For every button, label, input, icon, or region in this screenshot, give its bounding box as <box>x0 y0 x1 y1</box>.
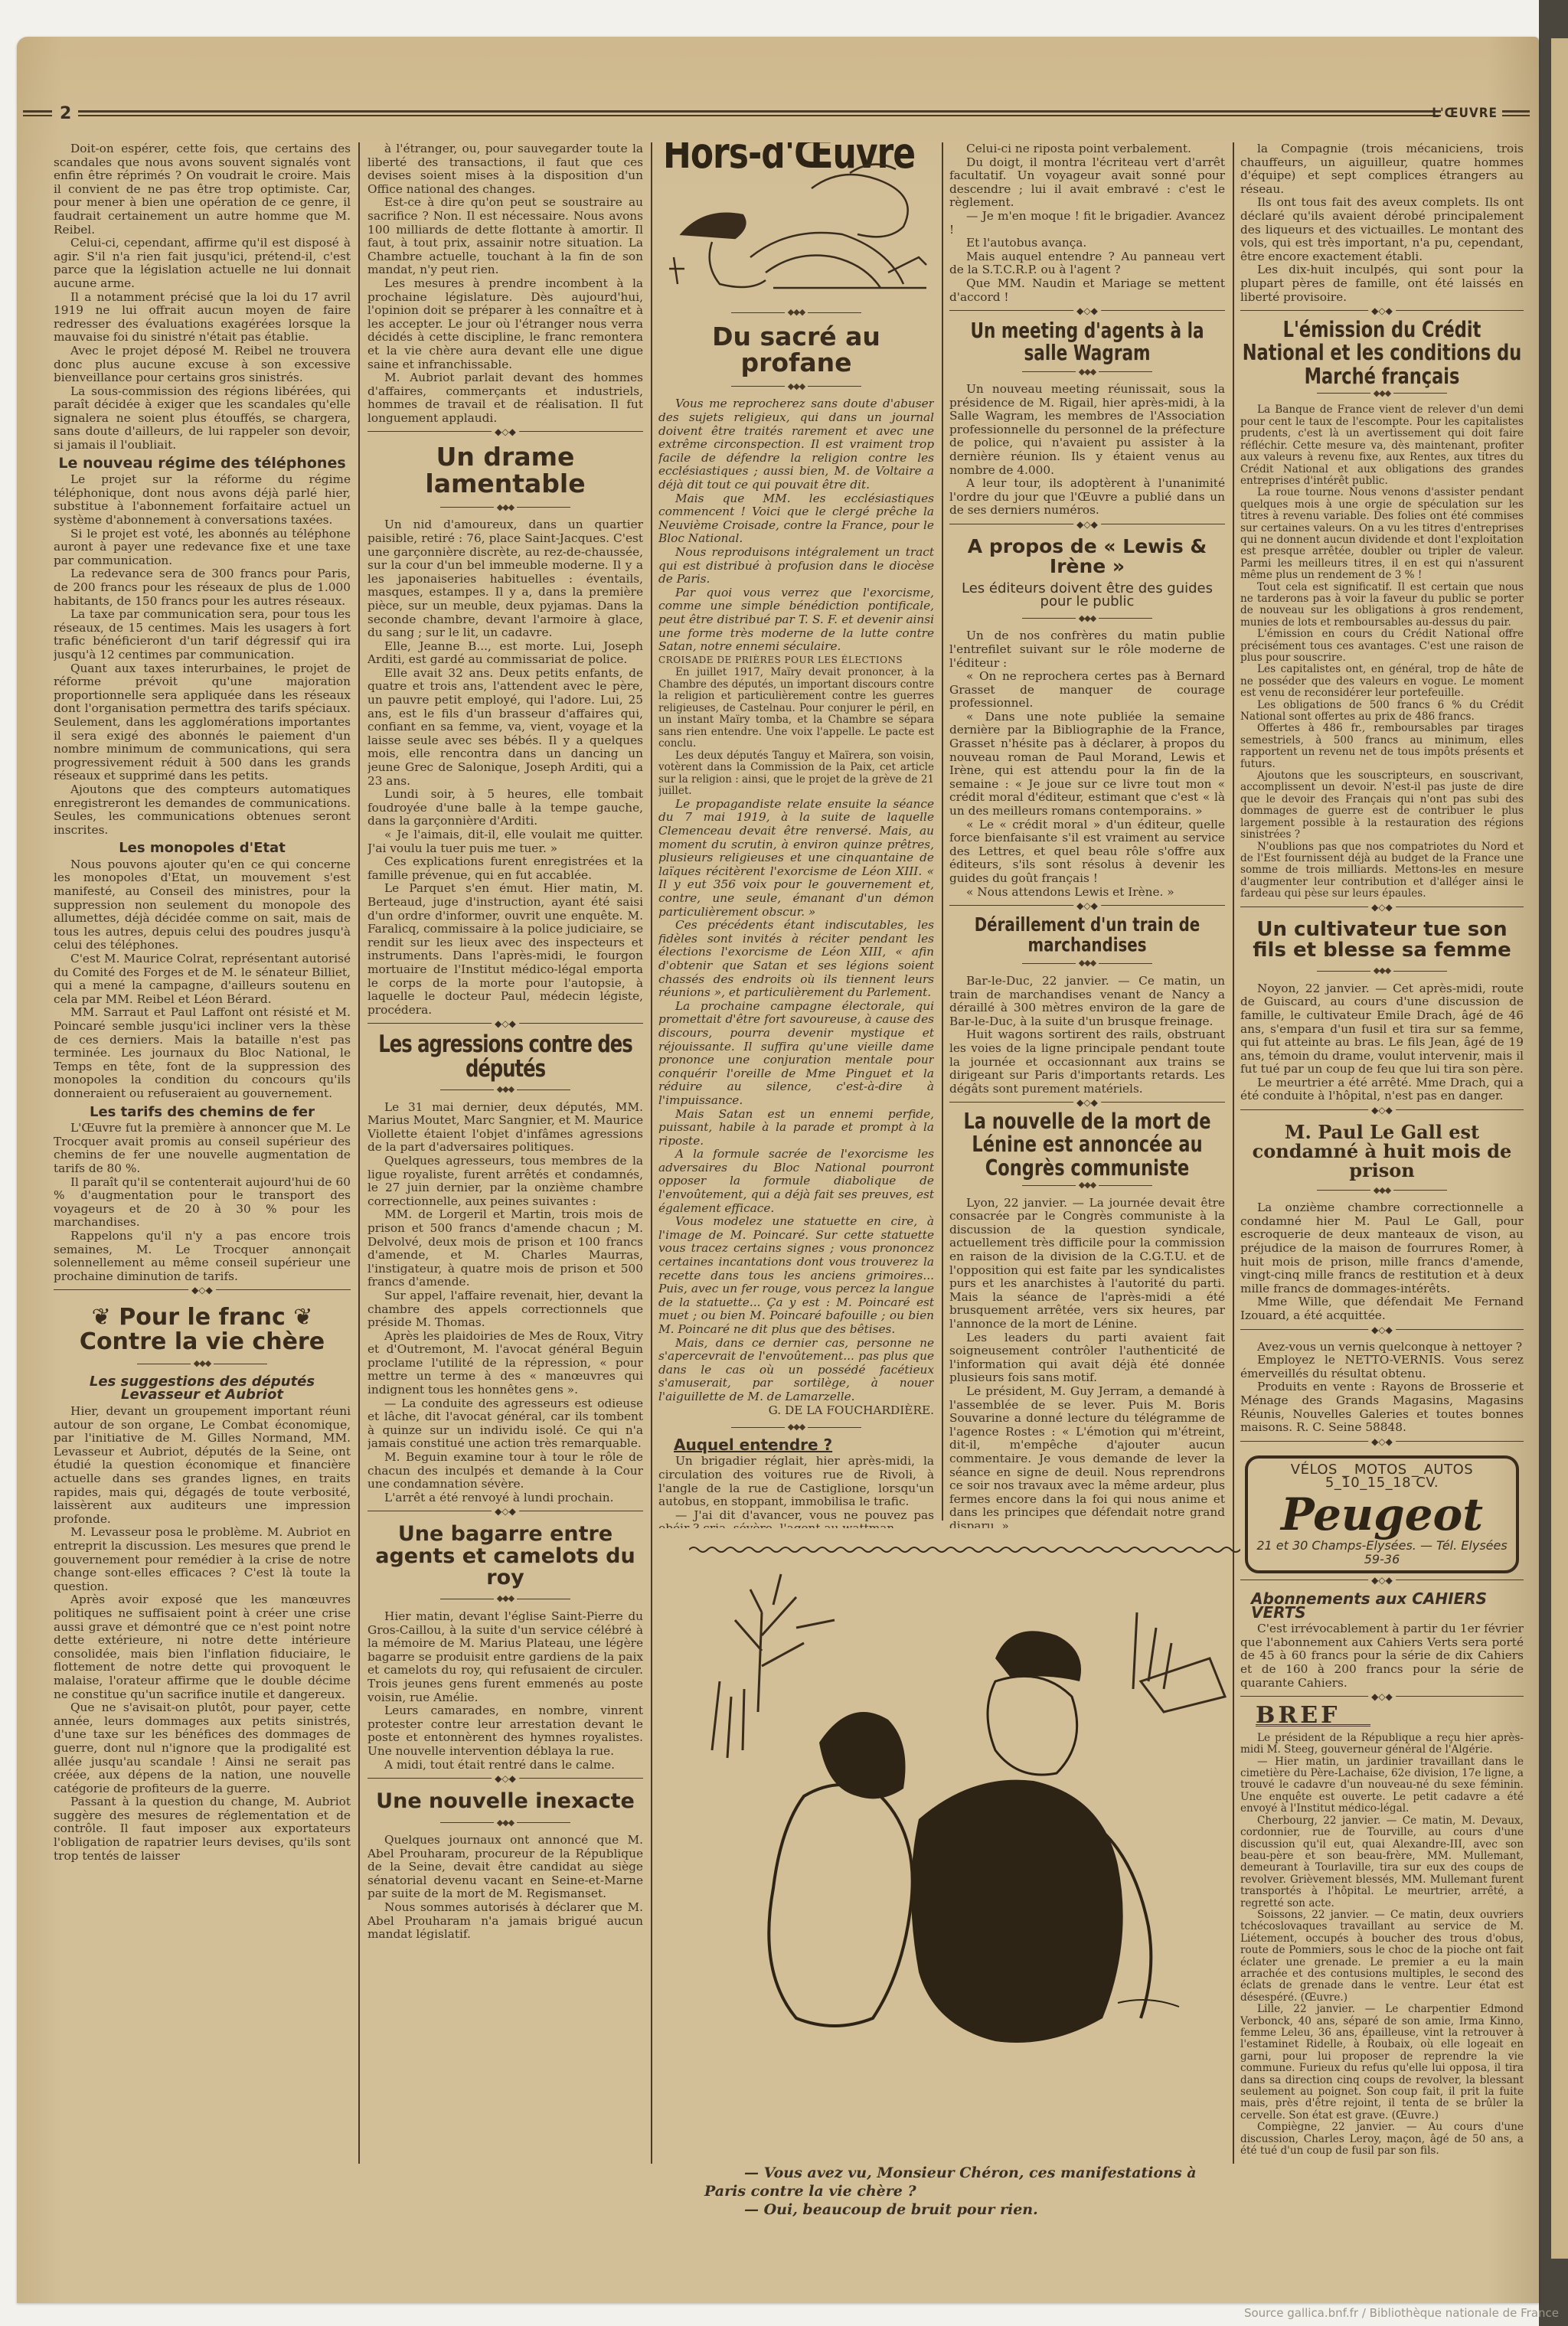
paragraph: M. Beguin examine tour à tour le rôle de… <box>367 1451 643 1491</box>
ornament: ◆◆◆ <box>949 956 1225 970</box>
paragraph: « Nous attendons Lewis et Irène. » <box>949 886 1225 900</box>
column-divider <box>651 142 652 2164</box>
paragraph: Les capitalistes ont, en général, trop d… <box>1240 664 1524 699</box>
paragraph: Ils ont tous fait des aveux complets. Il… <box>1240 196 1524 263</box>
subheading: Abonnements aux CAHIERS VERTS <box>1251 1593 1524 1619</box>
subheadline: Les éditeurs doivent être des guides pou… <box>949 582 1225 609</box>
paragraph: L'Œuvre fut la première à annoncer que M… <box>54 1122 351 1175</box>
paragraph: Les deux députés Tanguy et Maïrera, son … <box>658 750 934 798</box>
paragraph: Nous sommes autorisés à déclarer que M. … <box>367 1901 643 1942</box>
paragraph: Les mesures à prendre incombent à la pro… <box>367 277 643 371</box>
paragraph: Ces explications furent enregistrées et … <box>367 855 643 882</box>
paragraph: Mais Satan est un ennemi perfide, puissa… <box>658 1108 934 1148</box>
ornament: ◆◆◆ <box>54 1357 351 1370</box>
ornament: ◆◆◆ <box>367 1816 643 1830</box>
caricature-illustration-icon <box>658 142 934 299</box>
paragraph: « Le « crédit moral » d'un éditeur, quel… <box>949 818 1225 886</box>
ornament: ◆◆◆ <box>658 305 934 319</box>
ornamental-rule: ◆◇◆ <box>949 310 1225 319</box>
ornamental-rule: ◆◇◆ <box>54 1289 351 1298</box>
column-3: Hors-d'Œuvre ◆◆◆ Du sacré au profane ◆◆◆ <box>658 142 934 1528</box>
paragraph: « Je l'aimais, dit-il, elle voulait me q… <box>367 828 643 855</box>
paragraph: Le Parquet s'en émut. Hier matin, M. Ber… <box>367 882 643 1017</box>
paragraph: La Banque de France vient de relever d'u… <box>1240 404 1524 487</box>
ornament: ◆◆◆ <box>367 1083 643 1096</box>
paragraph: Avez-vous un vernis quelconque à nettoye… <box>1240 1341 1524 1354</box>
headline: Un drame lamentable <box>367 444 643 497</box>
paragraph: — Hier matin, un jardinier travaillant d… <box>1240 1756 1524 1815</box>
paragraph: Mais auquel entendre ? Au panneau vert d… <box>949 250 1225 277</box>
paragraph: La onzième chambre correctionnelle a con… <box>1240 1201 1524 1295</box>
headline: Déraillement d'un train de marchandises <box>949 916 1225 956</box>
hors-doeuvre-logo: Hors-d'Œuvre <box>658 142 934 299</box>
paragraph: Mais, dans ce dernier cas, personne ne s… <box>658 1337 934 1404</box>
column-1: Doit-on espérer, cette fois, que certain… <box>54 142 351 2164</box>
paragraph: Noyon, 22 janvier. — Cet après-midi, rou… <box>1240 982 1524 1076</box>
page-header: 2 L'ŒUVRE <box>23 104 1530 127</box>
ornamental-rule: ◆◇◆ <box>1240 1696 1524 1704</box>
caption-line: — Oui, beaucoup de bruit pour rien. <box>704 2200 1233 2219</box>
ornamental-rule: ◆◇◆ <box>367 1511 643 1519</box>
paragraph: Le président de la République a reçu hie… <box>1240 1733 1524 1756</box>
ad-tagline: VÉLOS _ MOTOS _ AUTOS 5_10_15_18 CV. <box>1254 1463 1510 1490</box>
paragraph: Leurs camarades, en nombre, vinrent prot… <box>367 1704 643 1758</box>
headline: A propos de « Lewis & Irène » <box>949 537 1225 577</box>
paragraph: Que MM. Naudin et Mariage se mettent d'a… <box>949 277 1225 304</box>
paragraph: Compiègne, 22 janvier. — Au cours d'une … <box>1240 2122 1524 2157</box>
column-divider <box>942 142 943 1521</box>
paragraph: la Compagnie (trois mécaniciens, trois c… <box>1240 142 1524 196</box>
ornamental-rule: ◆◇◆ <box>1240 1329 1524 1338</box>
ornamental-rule: ◆◇◆ <box>1240 907 1524 915</box>
ornamental-rule: ◆◇◆ <box>1240 1441 1524 1449</box>
paragraph: A leur tour, ils adoptèrent à l'unanimit… <box>949 477 1225 518</box>
paragraph: L'émission en cours du Crédit National o… <box>1240 629 1524 664</box>
paragraph: Huit wagons sortirent des rails, obstrua… <box>949 1028 1225 1096</box>
column-5: la Compagnie (trois mécaniciens, trois c… <box>1240 142 1524 2164</box>
headline: Les agressions contre des députés <box>367 1033 643 1083</box>
newspaper-page: 2 L'ŒUVRE Doit-on espérer, cette fois, q… <box>17 37 1539 2303</box>
paragraph: N'oublions pas que nos compatriotes du N… <box>1240 841 1524 900</box>
paragraph: « On ne reprochera certes pas à Bernard … <box>949 670 1225 711</box>
paragraph: Après les plaidoiries de Mes de Roux, Vi… <box>367 1330 643 1397</box>
paragraph: M. Aubriot parlait devant des hommes d'a… <box>367 371 643 425</box>
paragraph: Les obligations de 500 francs 6 % du Cré… <box>1240 700 1524 724</box>
netto-vernis-ad: Avez-vous un vernis quelconque à nettoye… <box>1240 1341 1524 1435</box>
subheading: Les tarifs des chemins de fer <box>54 1106 351 1119</box>
headline: Une bagarre entre agents et camelots du … <box>367 1524 643 1589</box>
paragraph: Bar-le-Duc, 22 janvier. — Ce matin, un t… <box>949 975 1225 1028</box>
paragraph: Par quoi vous verrez que l'exorcisme, co… <box>658 586 934 654</box>
paragraph: Sur appel, l'affaire revenait, hier, dev… <box>367 1289 643 1330</box>
ad-address: 21 et 30 Champs-Elysées. — Tél. Elysées … <box>1254 1539 1510 1566</box>
paragraph: L'arrêt a été renvoyé à lundi prochain. <box>367 1491 643 1505</box>
newspaper-name: L'ŒUVRE <box>1432 106 1498 121</box>
column-2: à l'étranger, ou, pour sauvegarder toute… <box>367 142 643 2164</box>
ornamental-rule: ◆◇◆ <box>949 524 1225 532</box>
paragraph: Nous pouvons ajouter qu'en ce qui concer… <box>54 858 351 952</box>
paragraph: Est-ce à dire qu'on peut se soustraire a… <box>367 196 643 277</box>
cartoon-illustration <box>689 1544 1240 2125</box>
paragraph: Employez le NETTO-VERNIS. Vous serez éme… <box>1240 1354 1524 1380</box>
cartoon-caption: — Vous avez vu, Monsieur Chéron, ces man… <box>704 2164 1233 2219</box>
leaf-ornament-icon: ❦ <box>286 1304 313 1331</box>
paragraph: Ces précédents étant indiscutables, les … <box>658 919 934 1000</box>
paragraph: Hier, devant un groupement important réu… <box>54 1405 351 1526</box>
cartoon-drawing-icon <box>689 1544 1240 2125</box>
paragraph: La redevance sera de 300 francs pour Par… <box>54 567 351 608</box>
paragraph: Vous me reprocherez sans doute d'abuser … <box>658 397 934 492</box>
paragraph: Rappelons qu'il n'y a pas encore trois s… <box>54 1230 351 1283</box>
paragraph: Elle, Jeanne B..., est morte. Lui, Josep… <box>367 640 643 667</box>
paragraph: Soissons, 22 janvier. — Ce matin, deux o… <box>1240 1909 1524 2004</box>
ornament: ◆◆◆ <box>949 365 1225 379</box>
paragraph: A la formule sacrée de l'exorcisme les a… <box>658 1148 934 1215</box>
paragraph: Les leaders du parti avaient fait soigne… <box>949 1331 1225 1385</box>
header-rule <box>1502 110 1530 116</box>
leaf-ornament-icon: ❦ <box>92 1304 119 1331</box>
paragraph: Le propagandiste relate ensuite la séanc… <box>658 798 934 919</box>
paragraph: Vous modelez une statuette en cire, à l'… <box>658 1215 934 1336</box>
paragraph: Quant aux taxes interurbaines, le projet… <box>54 662 351 783</box>
paragraph: Celui-ci ne riposta point verbalement. <box>949 142 1225 156</box>
headline: Du sacré au profane <box>658 324 934 377</box>
paragraph: MM. Sarraut et Paul Laffont ont résisté … <box>54 1006 351 1100</box>
column-divider <box>358 142 360 2164</box>
paragraph: Le projet sur la réforme du régime télép… <box>54 473 351 527</box>
paragraph: Un brigadier réglait, hier après-midi, l… <box>658 1455 934 1508</box>
ornamental-rule: ◆◇◆ <box>1240 1580 1524 1588</box>
paragraph: Tout cela est significatif. Il est certa… <box>1240 582 1524 629</box>
ornament: ◆◆◆ <box>949 1178 1225 1192</box>
page-number: 2 <box>60 104 71 123</box>
paragraph: La taxe par communication sera, pour tou… <box>54 608 351 662</box>
paragraph: Avec le projet déposé M. Reibel ne trouv… <box>54 345 351 385</box>
paragraph: La roue tourne. Nous venons d'assister p… <box>1240 487 1524 581</box>
ornament: ◆◆◆ <box>367 1592 643 1606</box>
header-rule <box>78 110 1441 116</box>
headline: La nouvelle de la mort de Lénine est ann… <box>949 1110 1225 1180</box>
paragraph: Elle avait 32 ans. Deux petits enfants, … <box>367 667 643 788</box>
paragraph: « Dans une note publiée la semaine derni… <box>949 711 1225 818</box>
paragraph: Il paraît qu'il se contenterait aujourd'… <box>54 1176 351 1230</box>
paragraph: Ajoutons que des compteurs automatiques … <box>54 783 351 837</box>
headline: L'émission du Crédit National et les con… <box>1240 319 1524 388</box>
paragraph: Un nid d'amoureux, dans un quartier pais… <box>367 518 643 639</box>
paragraph: C'est irrévocablement à partir du 1er fé… <box>1240 1622 1524 1690</box>
subheading: Le nouveau régime des téléphones <box>54 457 351 471</box>
ornament: ◆◆◆ <box>1240 1184 1524 1197</box>
paragraph: Un de nos confrères du matin publie l'en… <box>949 629 1225 670</box>
paragraph: A midi, tout était rentré dans le calme. <box>367 1759 643 1772</box>
paragraph: Le meurtrier a été arrêté. Mme Drach, qu… <box>1240 1076 1524 1103</box>
headline: Un cultivateur tue son fils et blesse sa… <box>1240 920 1524 962</box>
ad-brand-logo: Peugeot <box>1254 1490 1510 1539</box>
paragraph: Ajoutons que les souscripteurs, en sousc… <box>1240 770 1524 841</box>
paragraph: Celui-ci, cependant, affirme qu'il est d… <box>54 237 351 290</box>
ornament: ◆◆◆ <box>367 501 643 515</box>
ornament: ◆◆◆ <box>1240 964 1524 978</box>
paragraph: Le président, M. Guy Jerram, a demandé à… <box>949 1385 1225 1528</box>
paragraph: MM. de Lorgeril et Martin, trois mois de… <box>367 1208 643 1289</box>
paragraph: En juillet 1917, Maïry devait prononcer,… <box>658 667 934 750</box>
paragraph: La sous-commission des régions libérées,… <box>54 385 351 452</box>
section-title: BREF <box>1256 1709 1524 1723</box>
paragraph: M. Levasseur posa le problème. M. Aubrio… <box>54 1526 351 1593</box>
paragraph: à l'étranger, ou, pour sauvegarder toute… <box>367 142 643 196</box>
ornamental-rule: ◆◇◆ <box>949 905 1225 913</box>
author-signature: G. DE LA FOUCHARDIÈRE. <box>658 1404 934 1418</box>
paragraph: Hier matin, devant l'église Saint-Pierre… <box>367 1610 643 1704</box>
paragraph: Le 31 mai dernier, deux députés, MM. Mar… <box>367 1101 643 1155</box>
paragraph: Si le projet est voté, les abonnés au té… <box>54 528 351 568</box>
paragraph: Les dix-huit inculpés, qui sont pour la … <box>1240 263 1524 304</box>
paragraph: Un nouveau meeting réunissait, sous la p… <box>949 383 1225 477</box>
paragraph: Mme Wille, que défendait Me Fernand Izou… <box>1240 1295 1524 1322</box>
paragraph: Quelques agresseurs, tous membres de la … <box>367 1155 643 1208</box>
paragraph: Lundi soir, à 5 heures, elle tombait fou… <box>367 788 643 828</box>
subheadline: Les suggestions des députés Levasseur et… <box>54 1375 351 1402</box>
ornament: ◆◆◆ <box>658 1420 934 1434</box>
article-reibel: Doit-on espérer, cette fois, que certain… <box>54 142 351 452</box>
paragraph: Que ne s'avisait-on plutôt, pour payer, … <box>54 1701 351 1795</box>
headline: ❦ Pour le franc ❦ Contre la vie chère <box>54 1305 351 1354</box>
ornamental-rule: ◆◇◆ <box>367 1778 643 1786</box>
paragraph: Cherbourg, 22 janvier. — Ce matin, M. De… <box>1240 1815 1524 1909</box>
paragraph: Après avoir exposé que les manœuvres pol… <box>54 1593 351 1701</box>
paragraph: Lyon, 22 janvier. — La journée devait êt… <box>949 1197 1225 1331</box>
paragraph: Passant à la question du change, M. Aubr… <box>54 1795 351 1863</box>
paragraph: C'est M. Maurice Colrat, représentant au… <box>54 952 351 1006</box>
paragraph: Il a notamment précisé que la loi du 17 … <box>54 291 351 345</box>
paragraph: Du doigt, il montra l'écriteau vert d'ar… <box>949 156 1225 210</box>
paragraph: — La conduite des agresseurs est odieuse… <box>367 1397 643 1451</box>
headline: M. Paul Le Gall est condamné à huit mois… <box>1240 1122 1524 1181</box>
paragraph: Et l'autobus avança. <box>949 237 1225 250</box>
ornamental-rule: ◆◇◆ <box>367 431 643 439</box>
paragraph: Doit-on espérer, cette fois, que certain… <box>54 142 351 237</box>
header-rule <box>23 110 52 116</box>
paragraph: Nous reproduisons intégralement un tract… <box>658 546 934 586</box>
tract-heading: CROISADE DE PRIÈRES POUR LES ÉLECTIONS <box>658 654 934 668</box>
subheading: Auquel entendre ? <box>674 1439 934 1452</box>
peugeot-advertisement: VÉLOS _ MOTOS _ AUTOS 5_10_15_18 CV. Peu… <box>1245 1455 1519 1573</box>
paragraph: Offertes à 486 fr., remboursables par ti… <box>1240 723 1524 770</box>
adjacent-page-edge <box>1551 38 1568 2259</box>
paragraph: — J'ai dit d'avancer, vous ne pouvez pas… <box>658 1509 934 1528</box>
paragraph: La prochaine campagne électorale, qui pr… <box>658 1000 934 1108</box>
ornament: ◆◆◆ <box>949 612 1225 626</box>
ornament: ◆◆◆ <box>658 380 934 394</box>
column-4: Celui-ci ne riposta point verbalement. D… <box>949 142 1225 1528</box>
caption-line: — Vous avez vu, Monsieur Chéron, ces man… <box>704 2164 1233 2200</box>
subheading: Les monopoles d'Etat <box>54 841 351 855</box>
headline: Une nouvelle inexacte <box>367 1791 643 1812</box>
paragraph: Quelques journaux ont annoncé que M. Abe… <box>367 1834 643 1901</box>
source-credit: Source gallica.bnf.fr / Bibliothèque nat… <box>1244 2306 1559 2320</box>
paragraph: — Je m'en moque ! fit le brigadier. Avan… <box>949 210 1225 237</box>
paragraph: Mais que MM. les ecclésiastiques commenc… <box>658 492 934 546</box>
headline: Un meeting d'agents à la salle Wagram <box>949 320 1225 364</box>
paragraph: Lille, 22 janvier. — Le charpentier Edmo… <box>1240 2004 1524 2122</box>
paragraph: Produits en vente : Rayons de Brosserie … <box>1240 1380 1524 1434</box>
ornamental-rule: ◆◇◆ <box>1240 1109 1524 1118</box>
